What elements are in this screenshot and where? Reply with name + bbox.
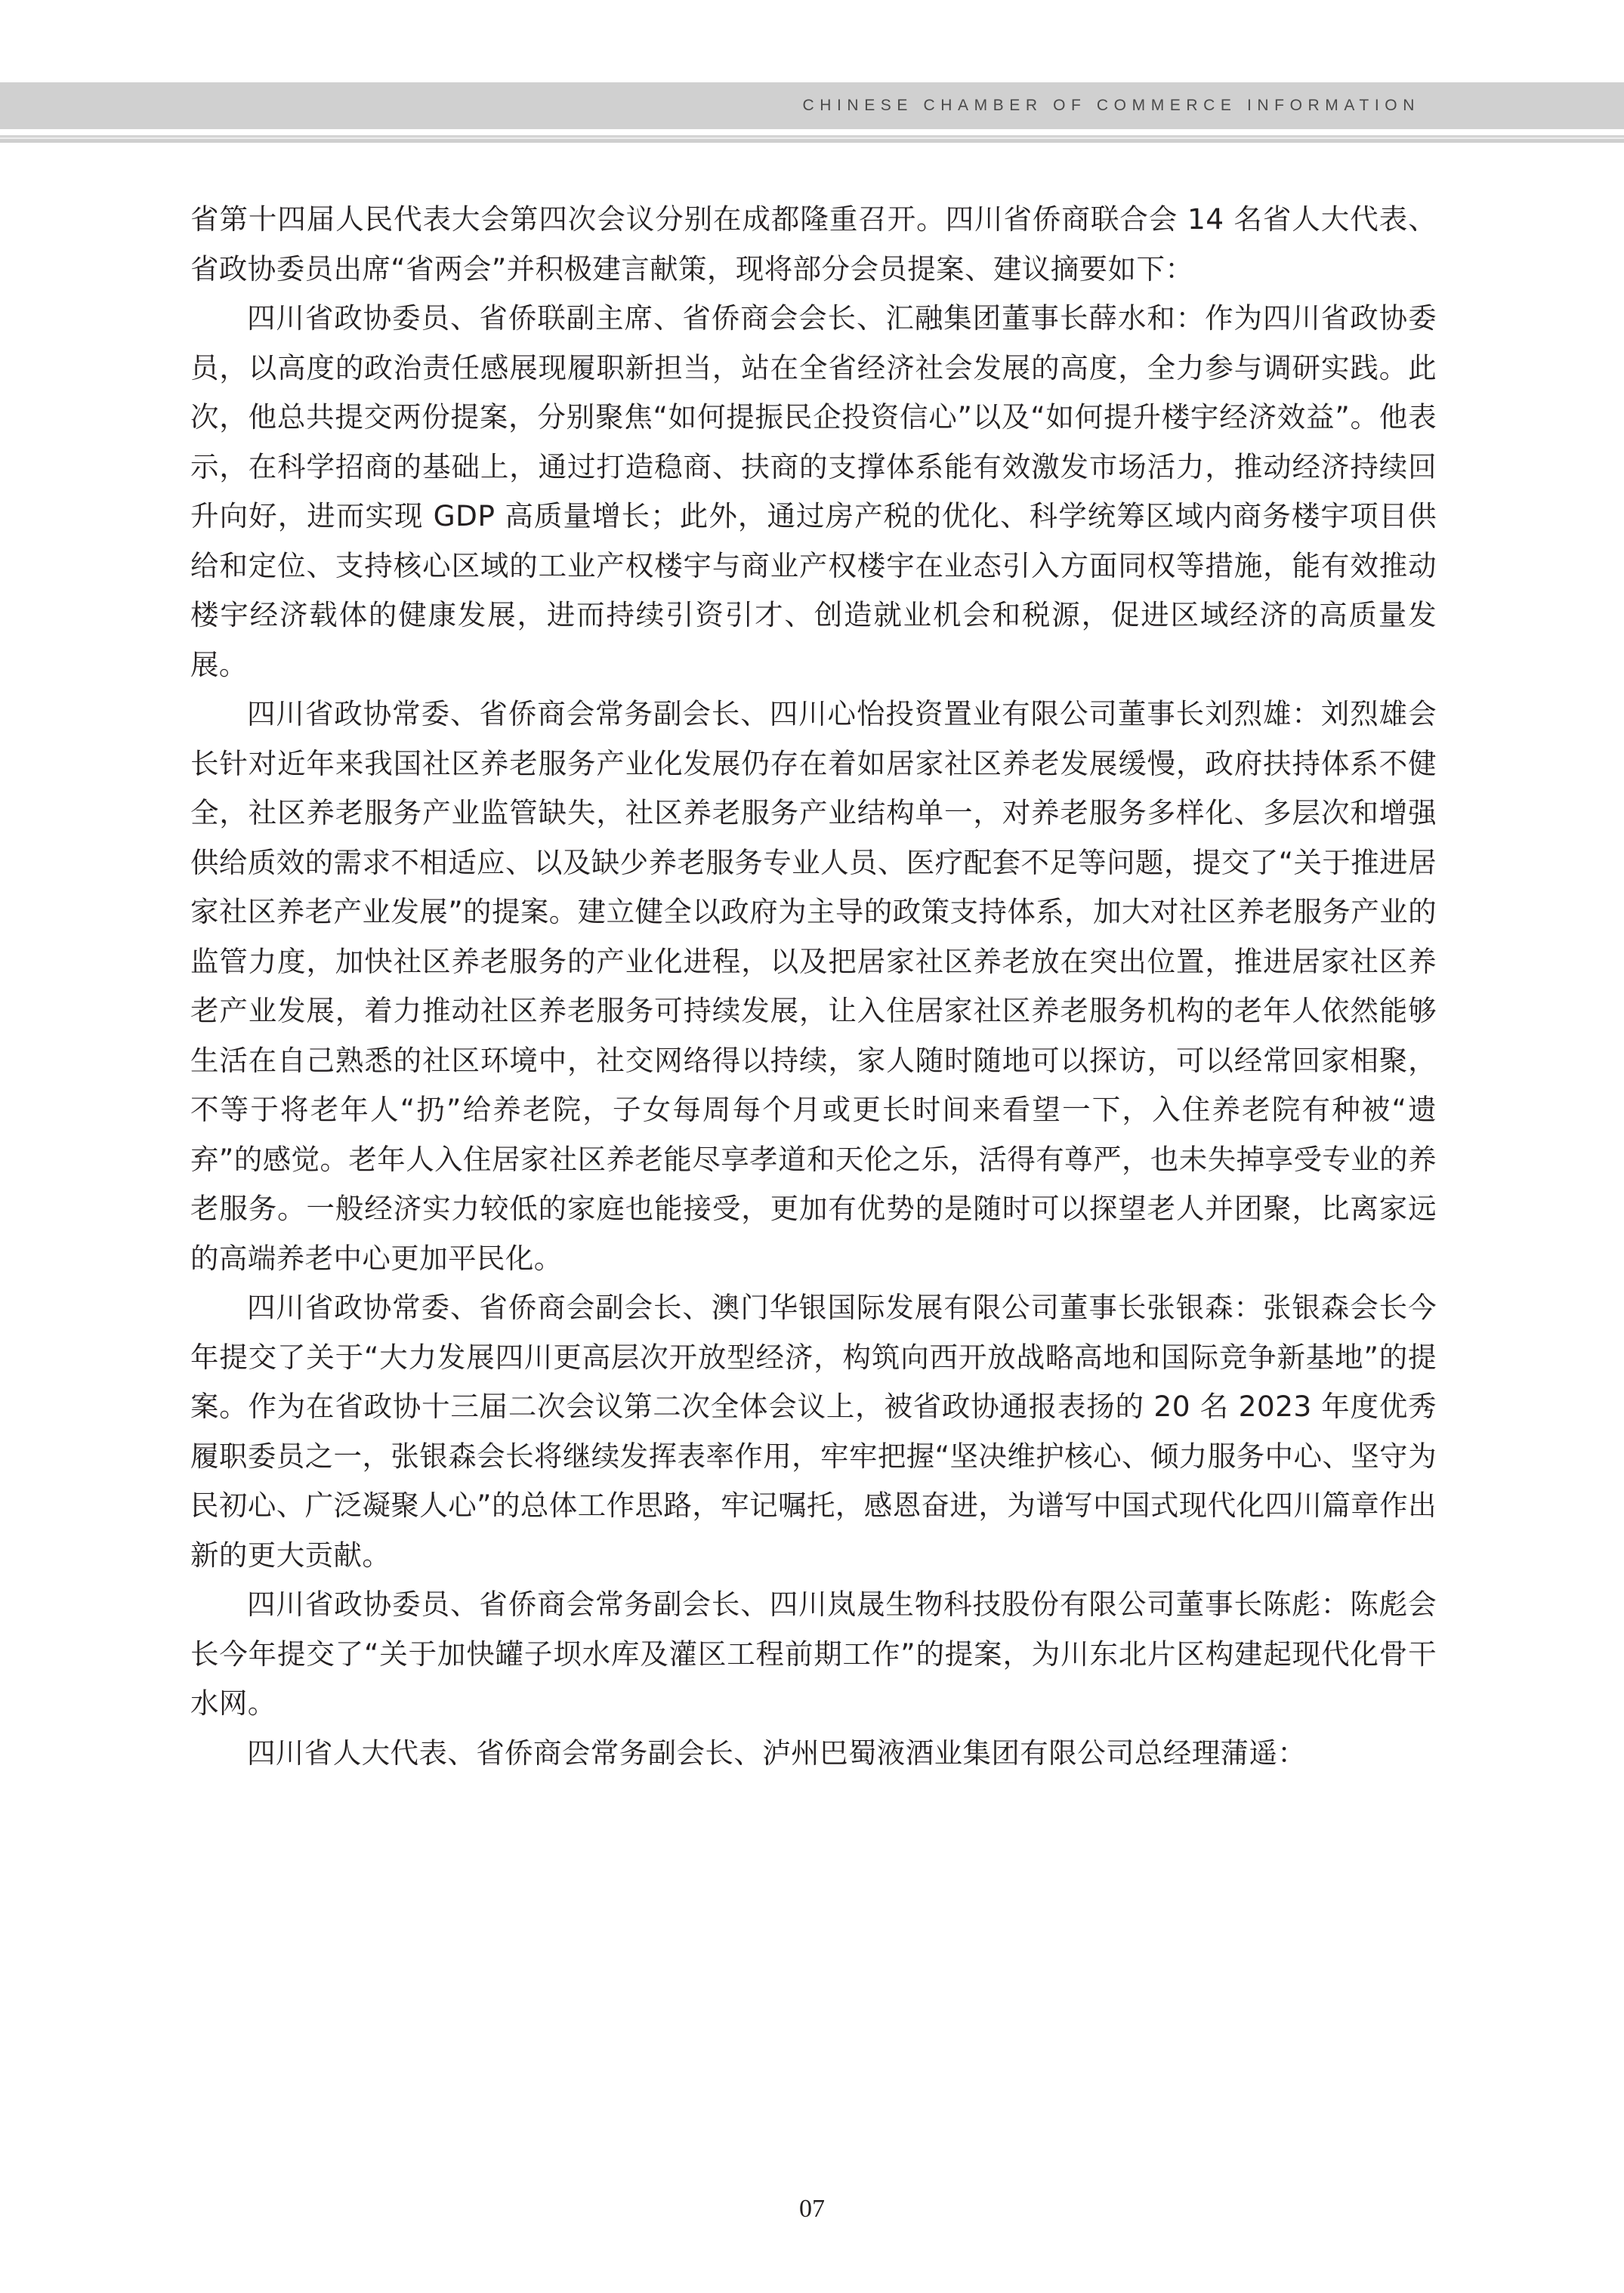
paragraph-xue-shuihe: 四川省政协委员、省侨联副主席、省侨商会会长、汇融集团董事长薛水和：作为四川省政协… (190, 294, 1437, 690)
paragraph-pu-yao: 四川省人大代表、省侨商会常务副会长、泸州巴蜀液酒业集团有限公司总经理蒲遥： (190, 1729, 1437, 1779)
paragraph-zhang-yinsen: 四川省政协常委、省侨商会副会长、澳门华银国际发展有限公司董事长张银森：张银森会长… (190, 1283, 1437, 1580)
article-body: 省第十四届人民代表大会第四次会议分别在成都隆重召开。四川省侨商联合会 14 名省… (190, 195, 1437, 1778)
paragraph-liu-liexiong: 四川省政协常委、省侨商会常务副会长、四川心怡投资置业有限公司董事长刘烈雄：刘烈雄… (190, 690, 1437, 1283)
paragraph-intro-continuation: 省第十四届人民代表大会第四次会议分别在成都隆重召开。四川省侨商联合会 14 名省… (190, 195, 1437, 294)
publication-title: CHINESE CHAMBER OF COMMERCE INFORMATION (802, 82, 1420, 129)
page-number: 07 (0, 2195, 1624, 2224)
paragraph-chen-biao: 四川省政协委员、省侨商会常务副会长、四川岚晟生物科技股份有限公司董事长陈彪：陈彪… (190, 1580, 1437, 1729)
header-double-rule (0, 135, 1624, 143)
running-header-band: CHINESE CHAMBER OF COMMERCE INFORMATION (0, 82, 1624, 129)
